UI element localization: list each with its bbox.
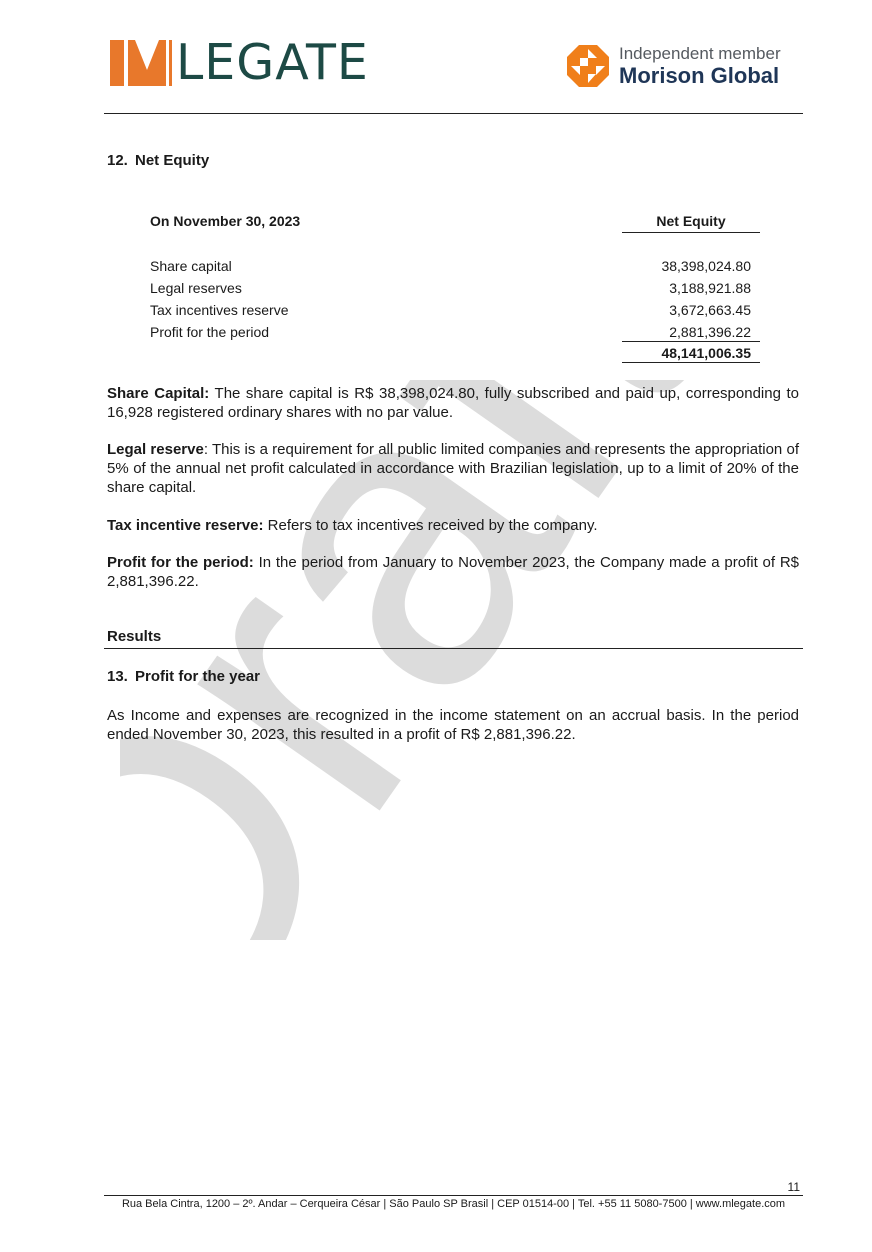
table-header-net-equity: Net Equity — [622, 213, 760, 233]
table-row: Tax incentives reserve 3,672,663.45 — [150, 302, 760, 322]
mlegate-logo: LEGATE — [110, 40, 369, 86]
table-row: Legal reserves 3,188,921.88 — [150, 280, 760, 300]
morison-global-logo: Independent member Morison Global — [567, 44, 781, 88]
section-13-heading: 13.Profit for the year — [107, 668, 260, 685]
morison-octagon-icon — [567, 45, 609, 87]
mlegate-logo-mark-icon — [110, 40, 176, 86]
page-number: 11 — [788, 1180, 800, 1194]
share-capital-paragraph: Share Capital: The share capital is R$ 3… — [107, 384, 799, 422]
partner-line-1: Independent member — [619, 44, 781, 64]
tax-incentive-paragraph: Tax incentive reserve: Refers to tax inc… — [107, 516, 799, 535]
footer-divider — [104, 1195, 803, 1196]
table-header-date: On November 30, 2023 — [150, 213, 300, 229]
legal-reserve-paragraph: Legal reserve: This is a requirement for… — [107, 440, 799, 497]
section-12-heading: 12.Net Equity — [107, 152, 209, 169]
profit-period-paragraph: Profit for the period: In the period fro… — [107, 553, 799, 591]
mlegate-logo-text: LEGATE — [176, 40, 369, 86]
footer-address: Rua Bela Cintra, 1200 – 2º. Andar – Cerq… — [104, 1198, 803, 1210]
results-heading: Results — [107, 628, 161, 645]
subtotal-rule — [622, 341, 760, 342]
table-row: Share capital 38,398,024.80 — [150, 258, 760, 278]
total-rule — [622, 362, 760, 363]
header-divider — [104, 113, 803, 114]
profit-year-paragraph: As Income and expenses are recognized in… — [107, 706, 799, 744]
results-divider — [104, 648, 803, 649]
partner-line-2: Morison Global — [619, 64, 781, 88]
